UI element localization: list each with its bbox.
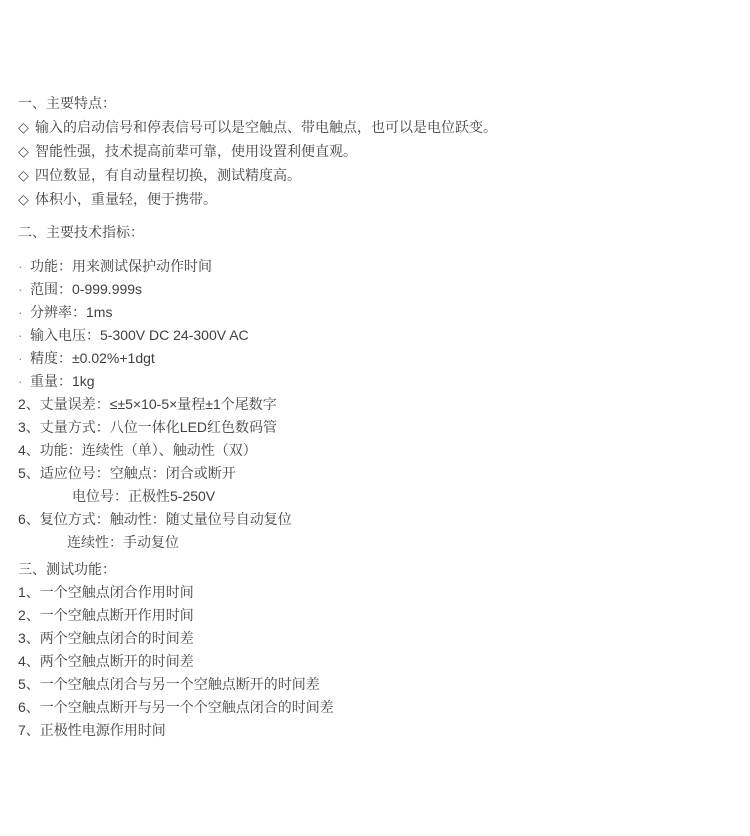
diamond-bullet-icon: ◇	[18, 163, 35, 187]
feature-text: 四位数显，有自动量程切换，测试精度高。	[35, 167, 301, 183]
spec-text: 功能：用来测试保护动作时间	[30, 258, 212, 274]
section-test-functions: 三、测试功能： 1、一个空触点闭合作用时间 2、一个空触点断开作用时间 3、两个…	[18, 558, 740, 742]
spec-item-continuation: 连续性：手动复位	[18, 531, 740, 554]
dot-bullet-icon: ·	[18, 324, 30, 347]
spec-item: 5、适应位号：空触点：闭合或断开	[18, 462, 740, 485]
feature-item: ◇四位数显，有自动量程切换，测试精度高。	[18, 163, 740, 187]
spec-text: 输入电压：5-300V DC 24-300V AC	[30, 327, 249, 343]
spec-item: ·范围：0-999.999s	[18, 278, 740, 301]
feature-text: 输入的启动信号和停表信号可以是空触点、带电触点，也可以是电位跃变。	[35, 119, 497, 135]
dot-bullet-icon: ·	[18, 255, 30, 278]
section-tech-specs: ·功能：用来测试保护动作时间 ·范围：0-999.999s ·分辨率：1ms ·…	[18, 255, 740, 554]
section-3-title: 三、测试功能：	[18, 558, 740, 581]
dot-bullet-icon: ·	[18, 370, 30, 393]
spec-text: 重量：1kg	[30, 373, 95, 389]
section-2-title: 二、主要技术指标：	[18, 221, 740, 244]
diamond-bullet-icon: ◇	[18, 115, 35, 139]
test-item: 1、一个空触点闭合作用时间	[18, 581, 740, 604]
test-item: 4、两个空触点断开的时间差	[18, 650, 740, 673]
section-1-title: 一、主要特点：	[18, 91, 740, 115]
spec-item: ·分辨率：1ms	[18, 301, 740, 324]
spec-item: 2、丈量误差：≤±5×10-5×量程±1个尾数字	[18, 393, 740, 416]
spec-item: ·输入电压：5-300V DC 24-300V AC	[18, 324, 740, 347]
spec-text: 分辨率：1ms	[30, 304, 112, 320]
product-description-document: 一、主要特点： ◇输入的启动信号和停表信号可以是空触点、带电触点，也可以是电位跃…	[0, 0, 750, 742]
spec-text: 精度：±0.02%+1dgt	[30, 350, 155, 366]
section-main-features: 一、主要特点： ◇输入的启动信号和停表信号可以是空触点、带电触点，也可以是电位跃…	[18, 91, 740, 211]
spec-text: 范围：0-999.999s	[30, 281, 142, 297]
test-item: 3、两个空触点闭合的时间差	[18, 627, 740, 650]
diamond-bullet-icon: ◇	[18, 187, 35, 211]
feature-item: ◇智能性强，技术提高前辈可靠，使用设置利便直观。	[18, 139, 740, 163]
feature-text: 智能性强，技术提高前辈可靠，使用设置利便直观。	[35, 143, 357, 159]
spec-item: ·重量：1kg	[18, 370, 740, 393]
test-item: 5、一个空触点闭合与另一个空触点断开的时间差	[18, 673, 740, 696]
diamond-bullet-icon: ◇	[18, 139, 35, 163]
test-item: 6、一个空触点断开与另一个个空触点闭合的时间差	[18, 696, 740, 719]
spec-item: 3、丈量方式：八位一体化LED红色数码管	[18, 416, 740, 439]
test-item: 7、正极性电源作用时间	[18, 719, 740, 742]
spec-item: ·精度：±0.02%+1dgt	[18, 347, 740, 370]
feature-item: ◇输入的启动信号和停表信号可以是空触点、带电触点，也可以是电位跃变。	[18, 115, 740, 139]
feature-text: 体积小，重量轻，便于携带。	[35, 191, 217, 207]
feature-item: ◇体积小，重量轻，便于携带。	[18, 187, 740, 211]
dot-bullet-icon: ·	[18, 301, 30, 324]
spec-item-continuation: 电位号：正极性5-250V	[18, 485, 740, 508]
test-item: 2、一个空触点断开作用时间	[18, 604, 740, 627]
spec-item: 4、功能：连续性（单）、触动性（双）	[18, 439, 740, 462]
spec-item: ·功能：用来测试保护动作时间	[18, 255, 740, 278]
dot-bullet-icon: ·	[18, 347, 30, 370]
spec-item: 6、复位方式：触动性：随丈量位号自动复位	[18, 508, 740, 531]
dot-bullet-icon: ·	[18, 278, 30, 301]
